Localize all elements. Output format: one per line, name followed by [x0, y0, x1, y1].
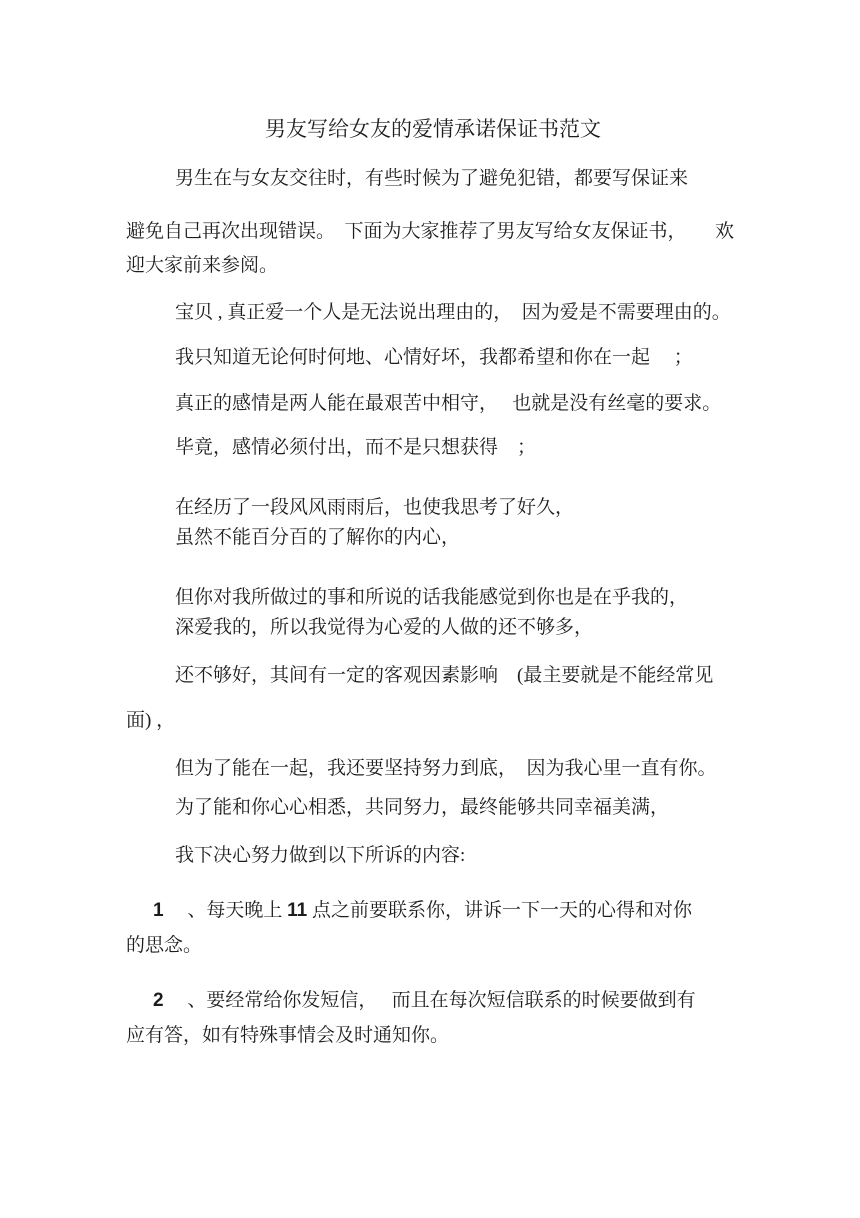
- text-line: 我下决心努力做到以下所诉的内容:: [175, 845, 740, 866]
- text-line: 避免自己再次出现错误。 下面为大家推荐了男友写给女友保证书， 欢: [126, 221, 740, 242]
- text-line: 毕竟，感情必须付出，而不是只想获得 ；: [175, 437, 740, 458]
- text-line: 应有答，如有特殊事情会及时通知你。: [126, 1025, 740, 1046]
- text-line: 宝贝 , 真正爱一个人是无法说出理由的， 因为爱是不需要理由的。: [175, 302, 740, 323]
- list-item-line: 1 、每天晚上 11 点之前要联系你，讲诉一下一天的心得和对你: [153, 900, 740, 921]
- text-line: 在经历了一段风风雨雨后，也使我思考了好久，: [175, 497, 740, 518]
- text-line: 但你对我所做过的事和所说的话我能感觉到你也是在乎我的，: [175, 587, 740, 608]
- text-line: 我只知道无论何时何地、心情好坏，我都希望和你在一起 ；: [175, 347, 740, 368]
- text-line: 的思念。: [126, 935, 740, 956]
- list-item-line: 2 、要经常给你发短信， 而且在每次短信联系的时候要做到有: [153, 990, 740, 1011]
- text-line: 男生在与女友交往时，有些时候为了避免犯错，都要写保证来: [175, 168, 740, 189]
- text-line: 迎大家前来参阅。: [126, 255, 740, 276]
- document-page: 男友写给女友的爱情承诺保证书范文 男生在与女友交往时，有些时候为了避免犯错，都要…: [0, 0, 860, 1218]
- text-line: 但为了能在一起，我还要坚持努力到底， 因为我心里一直有你。: [175, 758, 740, 779]
- text-line: 面) ，: [126, 710, 740, 731]
- text-line: 为了能和你心心相悉，共同努力，最终能够共同幸福美满，: [175, 797, 740, 818]
- text-line: 真正的感情是两人能在最艰苦中相守， 也就是没有丝毫的要求。: [175, 393, 740, 414]
- text-line: 虽然不能百分百的了解你的内心，: [175, 527, 740, 548]
- document-title: 男友写给女友的爱情承诺保证书范文: [126, 118, 740, 140]
- text-line: 深爱我的，所以我觉得为心爱的人做的还不够多，: [175, 617, 740, 638]
- text-line: 还不够好，其间有一定的客观因素影响 (最主要就是不能经常见: [175, 665, 740, 686]
